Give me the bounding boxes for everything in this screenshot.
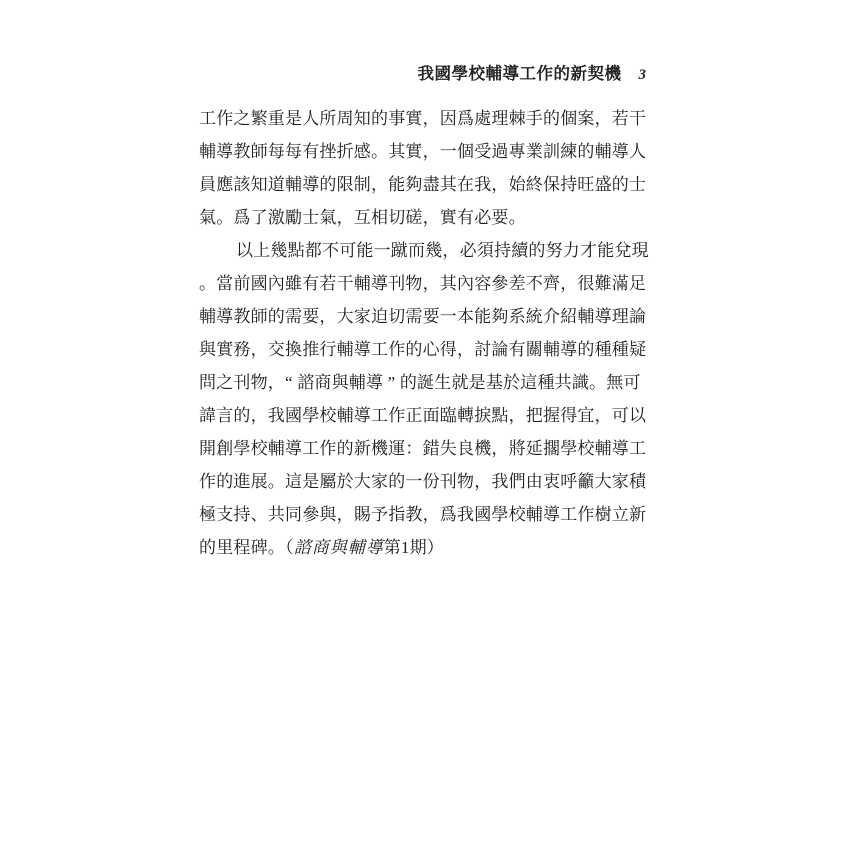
body-line: 氣。爲了激勵士氣，互相切磋，實有必要。 [199, 201, 671, 234]
body-line: 極支持、共同參與，賜予指教，爲我國學校輔導工作樹立新 [199, 498, 671, 531]
body-line: 問之刊物，“ 諮商與輔導 ” 的誕生就是基於這種共識。無可 [199, 366, 671, 399]
body-line: 。當前國內雖有若干輔導刊物，其內容參差不齊，很難滿足 [199, 267, 671, 300]
body-line: 輔導教師每每有挫折感。其實，一個受過專業訓練的輔導人 [199, 135, 671, 168]
body-line-paragraph-start: 以上幾點都不可能一蹴而幾，必須持續的努力才能兌現 [199, 234, 671, 267]
page-number: 3 [639, 67, 647, 84]
body-line: 開創學校輔導工作的新機運：錯失良機，將延擱學校輔導工 [199, 432, 671, 465]
body-line: 諱言的，我國學校輔導工作正面臨轉捩點，把握得宜，可以 [199, 399, 671, 432]
closing-text-prefix: 的里程碑。（ [199, 538, 294, 557]
body-line: 作的進展。這是屬於大家的一份刊物，我們由衷呼籲大家積 [199, 465, 671, 498]
body-line: 輔導教師的需要，大家迫切需要一本能夠系統介紹輔導理論 [199, 300, 671, 333]
book-page: 我國學校輔導工作的新契機 3 工作之繁重是人所周知的事實，因爲處理棘手的個案，若… [0, 0, 850, 850]
body-line: 與實務，交換推行輔導工作的心得，討論有關輔導的種種疑 [199, 333, 671, 366]
body-line: 工作之繁重是人所周知的事實，因爲處理棘手的個案，若干 [199, 102, 671, 135]
body-text-block: 工作之繁重是人所周知的事實，因爲處理棘手的個案，若干 輔導教師每每有挫折感。其實… [199, 102, 671, 564]
journal-title: 諮商與輔導 [294, 538, 384, 557]
chapter-title: 我國學校輔導工作的新契機 [418, 60, 622, 84]
body-line-closing: 的里程碑。（諮商與輔導第1期） [199, 531, 671, 564]
running-header: 我國學校輔導工作的新契機 3 [424, 60, 646, 84]
closing-text-suffix: 第1期） [384, 538, 444, 557]
body-line: 員應該知道輔導的限制，能夠盡其在我，始終保持旺盛的士 [199, 168, 671, 201]
